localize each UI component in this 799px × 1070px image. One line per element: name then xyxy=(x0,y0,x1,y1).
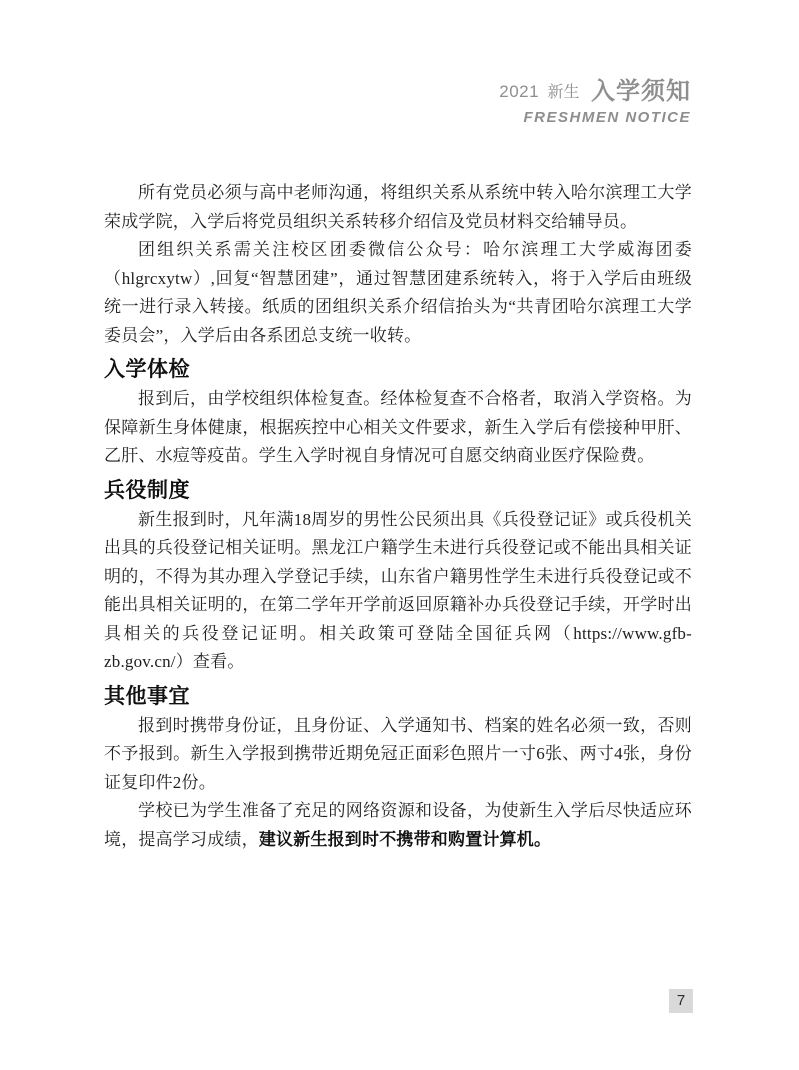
document-page: 2021 新生 入学须知 FRESHMEN NOTICE 所有党员必须与高中老师… xyxy=(0,0,799,1070)
paragraph: 新生报到时，凡年满18周岁的男性公民须出具《兵役登记证》或兵役机关出具的兵役登记… xyxy=(104,506,692,677)
header-year: 2021 xyxy=(499,82,539,101)
paragraph: 报到后，由学校组织体检复查。经体检复查不合格者，取消入学资格。为保障新生身体健康… xyxy=(104,385,692,471)
paragraph: 所有党员必须与高中老师沟通，将组织关系从系统中转入哈尔滨理工大学荣成学院，入学后… xyxy=(104,179,692,236)
paragraph: 团组织关系需关注校区团委微信公众号：哈尔滨理工大学威海团委（hlgrcxytw）… xyxy=(104,236,692,350)
paragraph: 学校已为学生准备了充足的网络资源和设备，为使新生入学后尽快适应环境，提高学习成绩… xyxy=(104,797,692,854)
header-title-en: FRESHMEN NOTICE xyxy=(499,109,691,126)
header-title-cn: 入学须知 xyxy=(591,78,691,105)
section-heading: 入学体检 xyxy=(104,357,692,382)
header-audience: 新生 xyxy=(548,84,580,101)
section-heading: 其他事宜 xyxy=(104,684,692,709)
page-header: 2021 新生 入学须知 FRESHMEN NOTICE xyxy=(499,79,691,126)
page-number: 7 xyxy=(669,989,693,1013)
paragraph: 报到时携带身份证，且身份证、入学通知书、档案的姓名必须一致，否则不予报到。新生入… xyxy=(104,712,692,798)
section-heading: 兵役制度 xyxy=(104,478,692,503)
bold-emphasis: 建议新生报到时不携带和购置计算机。 xyxy=(259,830,551,849)
document-body: 所有党员必须与高中老师沟通，将组织关系从系统中转入哈尔滨理工大学荣成学院，入学后… xyxy=(104,179,692,854)
header-title-line: 2021 新生 入学须知 xyxy=(499,79,691,108)
